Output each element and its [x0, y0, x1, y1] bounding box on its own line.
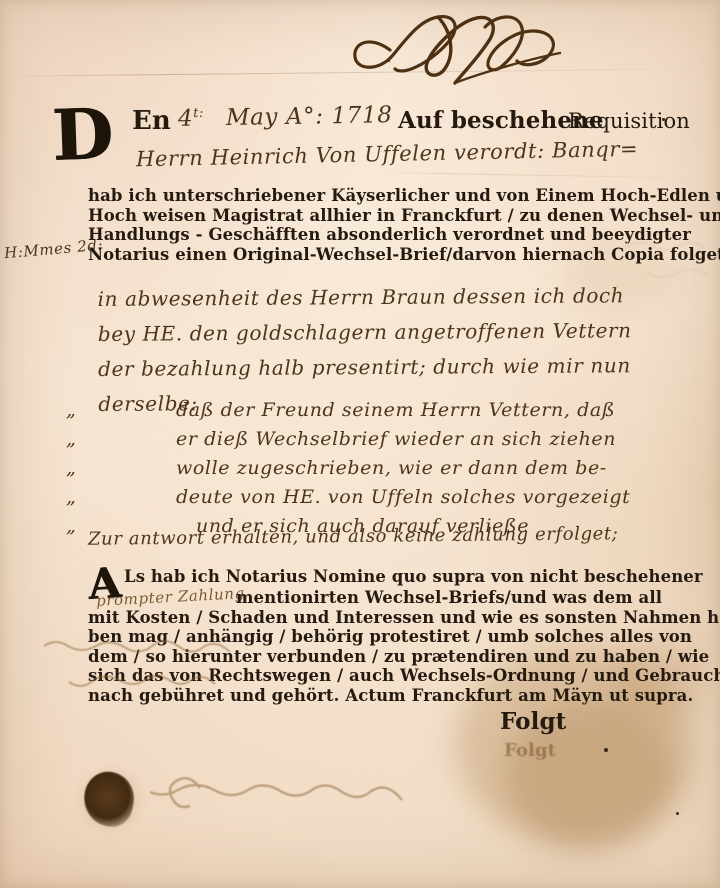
quoted-line: „er dieß Wechselbrief wieder an sich zie…	[66, 425, 656, 454]
show-through-script	[140, 768, 410, 827]
printed-line: Hoch weisen Magistrat allhier in Franckf…	[88, 206, 668, 226]
document-page: D En 4t: May A°: 1718 Auf beschehene Req…	[0, 0, 720, 888]
heading-day-suffix: t:	[193, 106, 204, 121]
handwritten-closing-line: Zur antwort erhalten, und also keine zah…	[88, 523, 619, 550]
catchword-folgt: Folgt	[500, 708, 566, 735]
heading-printed-start: En	[132, 106, 171, 136]
quoted-handwritten-block: „daß der Freund seinem Herrn Vettern, da…	[66, 396, 656, 541]
paper-speck	[662, 118, 665, 121]
quoted-line: „daß der Freund seinem Herrn Vettern, da…	[66, 396, 656, 425]
heading-printed-end: Requisition	[568, 109, 690, 133]
handwritten-line: der bezahlung halb presentirt; durch wie…	[98, 348, 658, 387]
paper-crease-2	[380, 172, 720, 179]
show-through-script	[610, 200, 715, 294]
printed-line: hab ich unterschriebener Käyserlicher un…	[88, 186, 668, 206]
ink-blot-halo	[76, 764, 146, 836]
quote-mark: „	[66, 425, 118, 454]
printed-block-1: hab ich unterschriebener Käyserlicher un…	[88, 186, 668, 264]
heading-day: 4	[178, 106, 194, 132]
printed-block2-first-line: Ls hab ich Notarius Nomine quo supra von…	[124, 567, 703, 586]
quote-mark: „	[66, 483, 118, 512]
paper-speck	[388, 60, 390, 62]
quote-mark: „	[66, 454, 118, 483]
ornate-initial-D: D	[51, 99, 114, 171]
paper-speck	[676, 812, 679, 815]
heading-date-handwritten: 4t: May A°: 1718	[178, 102, 393, 132]
printed-line: mit Kosten / Schaden und Interessen und …	[88, 608, 670, 628]
calligraphic-paraph-icon	[335, 5, 600, 94]
quoted-line: „wolle zugeschrieben, wie er dann dem be…	[66, 454, 656, 483]
heading-handwritten-line2: Herrn Heinrich Von Uffelen verordt: Banq…	[136, 137, 639, 172]
quoted-line: „deute von HE. von Uffeln solches vorgez…	[66, 483, 656, 512]
handwritten-line: bey HE. den goldschlagern angetroffenen …	[98, 313, 658, 352]
quote-mark: „	[66, 396, 118, 425]
printed-line: mentionirten Wechsel-Briefs/und was dem …	[88, 588, 670, 608]
printed-line: Handlungs - Geschäfften absonderlich ver…	[88, 225, 668, 245]
paper-speck	[604, 748, 608, 752]
handwritten-line: in abwesenheit des Herrn Braun dessen ic…	[98, 278, 658, 317]
show-through-script	[15, 632, 235, 706]
catchword-folgt-offset: Folgt	[504, 740, 556, 761]
printed-line: Notarius einen Original-Wechsel-Brief/da…	[88, 245, 668, 265]
heading-date-rest: May A°: 1718	[226, 102, 393, 131]
